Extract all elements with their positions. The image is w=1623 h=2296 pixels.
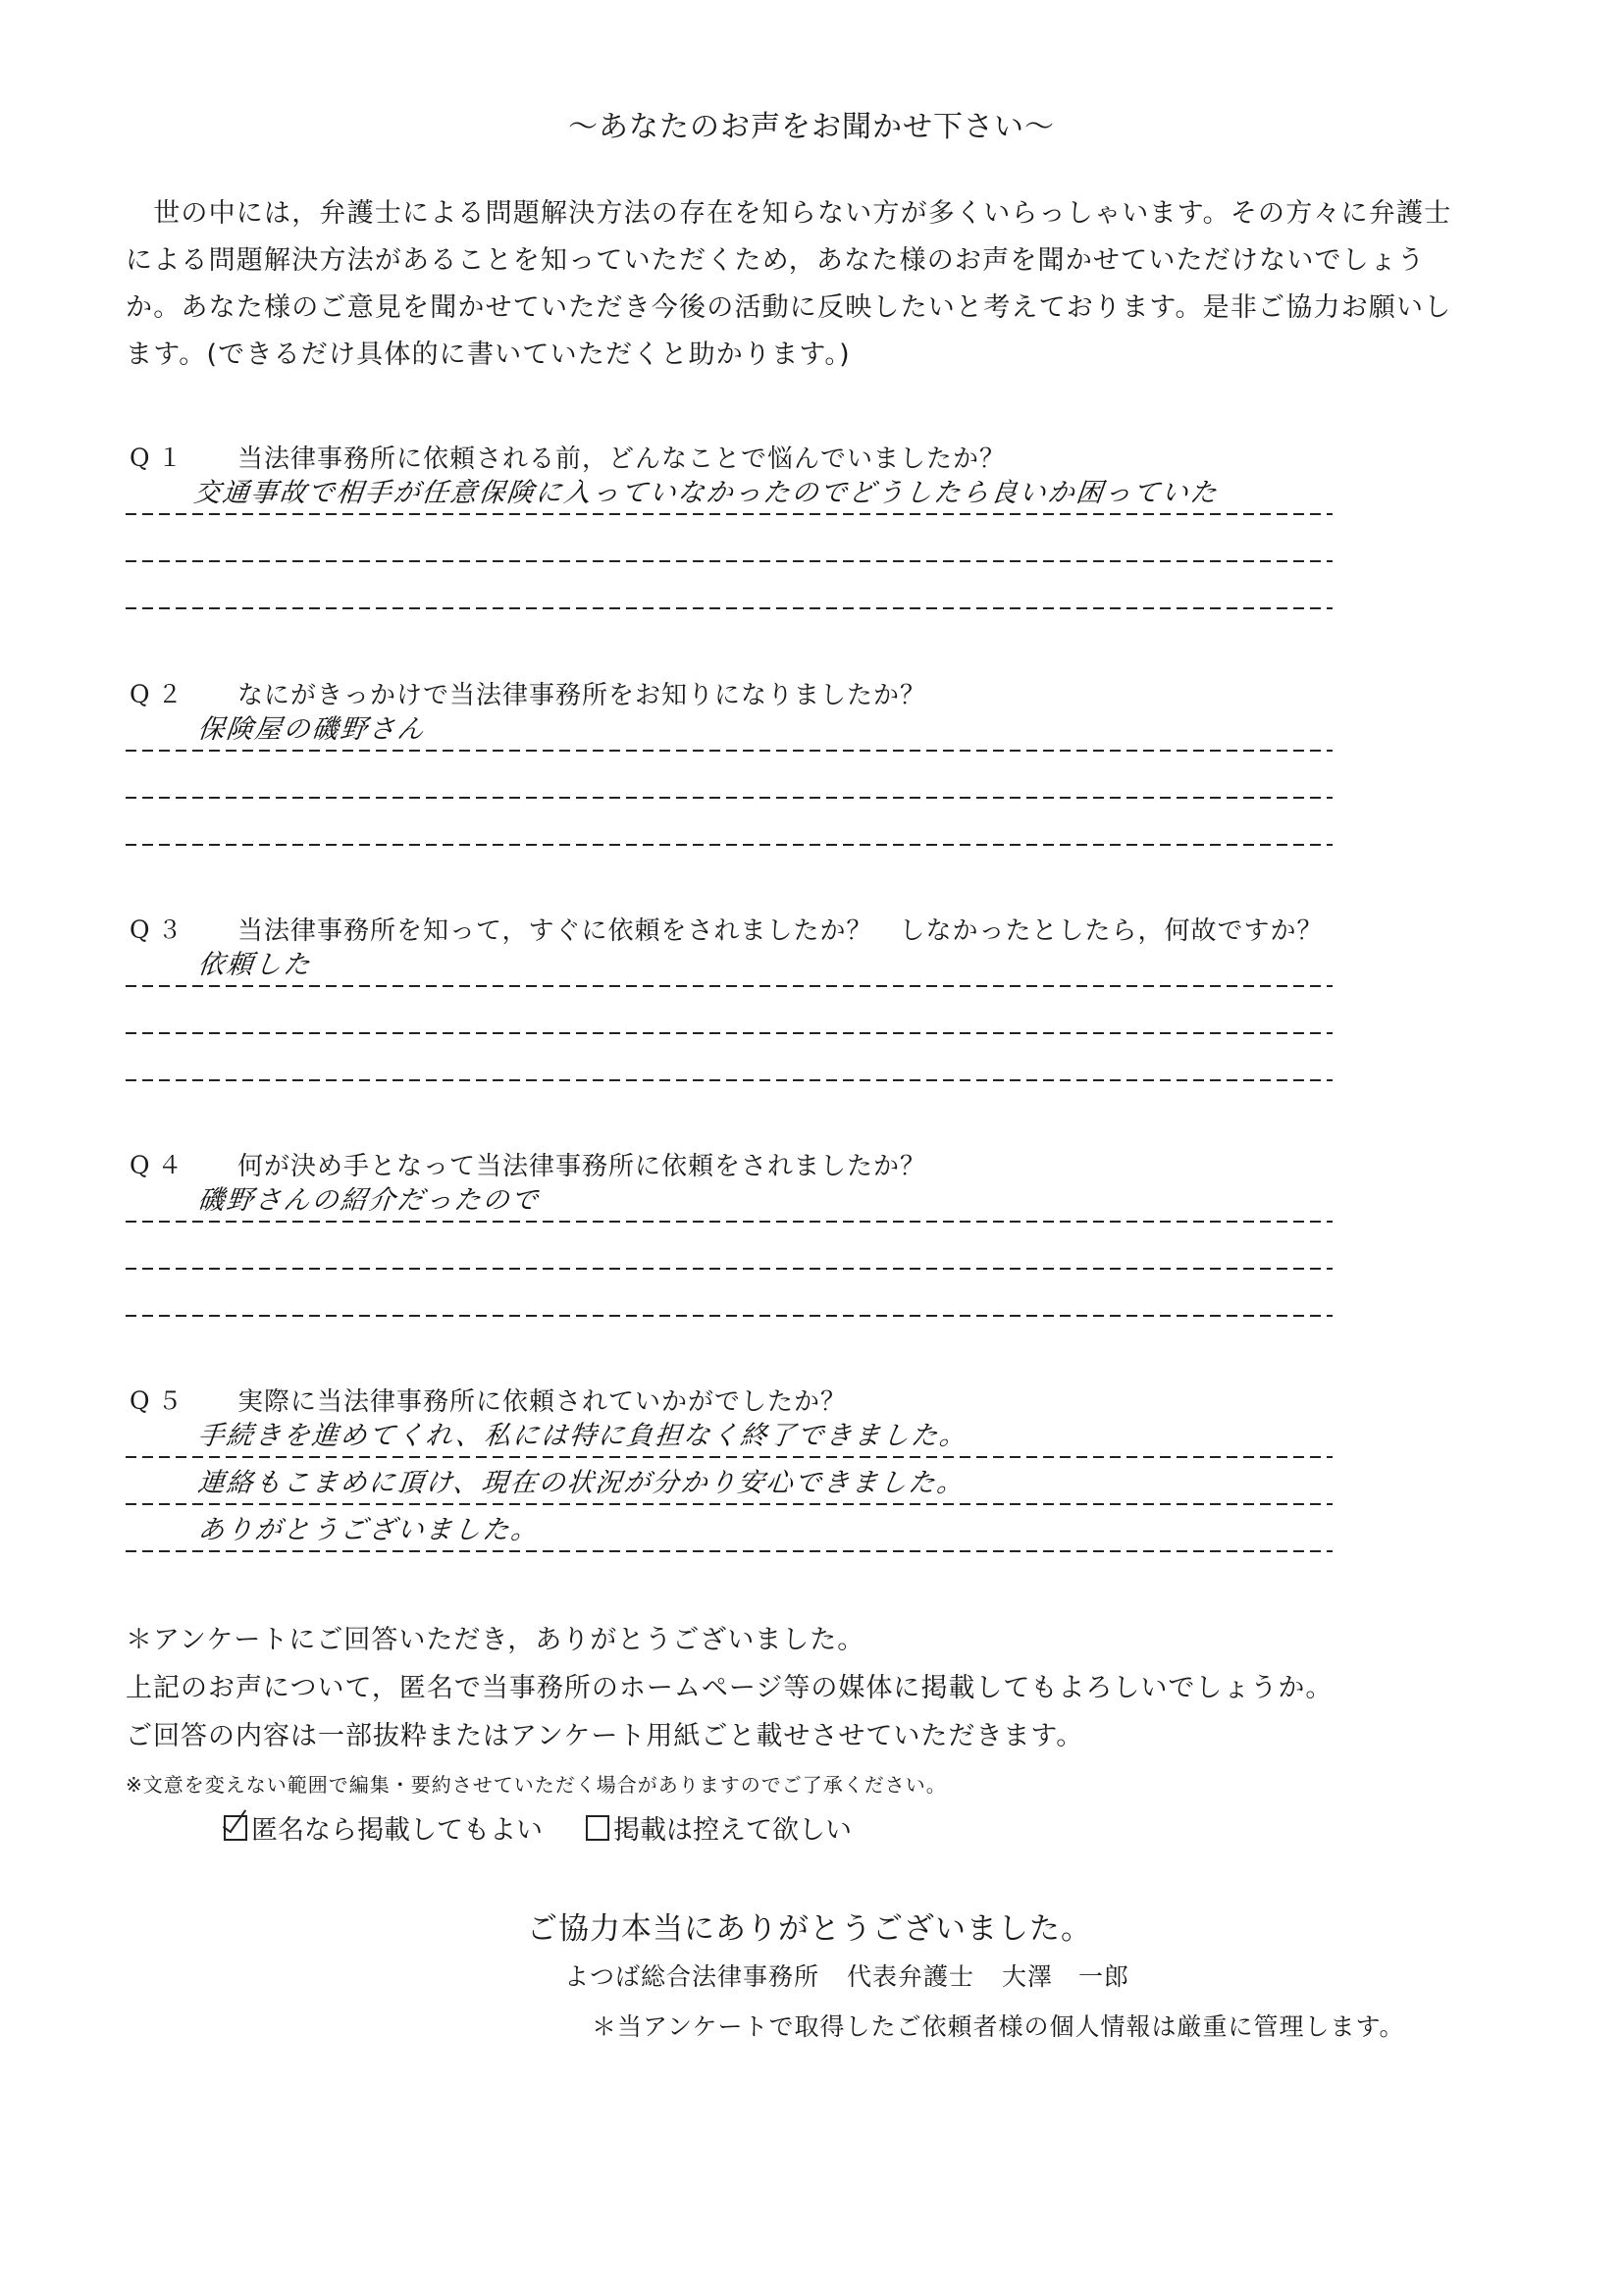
intro-line: による問題解決方法があることを知っていただくため，あなた様のお声を聞かせていただ…	[126, 237, 1519, 285]
publish-question: 上記のお声について，匿名で当事務所のホームページ等の媒体に掲載してもよろしいでし…	[126, 1667, 1519, 1715]
consent-options: 匿名なら掲載してもよい 掲載は控えて欲しい	[224, 1808, 852, 1847]
answer-line[interactable]	[126, 1034, 1333, 1081]
intro-line: 世の中には，弁護士による問題解決方法の存在を知らない方が多くいらっしゃいます。そ…	[126, 190, 1519, 237]
signature: よつば総合法律事務所代表弁護士大澤 一郎	[564, 1957, 1157, 1993]
answer-line[interactable]	[126, 1270, 1333, 1317]
firm-name: よつば総合法律事務所	[564, 1962, 819, 1991]
checkbox-empty-icon[interactable]	[586, 1815, 609, 1841]
thanks-section: ＊アンケートにご回答いただき，ありがとうございました。 上記のお声について，匿名…	[126, 1619, 1519, 1806]
question-text: 何が決め手となって当法律事務所に依頼をされましたか？	[237, 1146, 926, 1182]
handwritten-answer: 依頼した	[196, 943, 314, 981]
answer-line[interactable]	[126, 515, 1333, 562]
answer-line[interactable]	[126, 562, 1333, 609]
edit-disclaimer: ※文意を変えない範囲で編集・要約させていただく場合がありますのでご了承ください。	[126, 1763, 1519, 1806]
publish-note: ご回答の内容は一部抜粋またはアンケート用紙ごと載せさせていただきます。	[126, 1715, 1519, 1763]
handwritten-answer: 手続きを進めてくれ、私には特に負担なく終了できました。	[196, 1414, 970, 1452]
intro-paragraph: 世の中には，弁護士による問題解決方法の存在を知らない方が多くいらっしゃいます。そ…	[126, 190, 1519, 379]
handwritten-answer: 交通事故で相手が任意保険に入っていなかったのでどうしたら良いか困っていた	[192, 471, 1221, 509]
intro-line: ます。(できるだけ具体的に書いていただくと助かります。)	[126, 332, 1519, 379]
answer-line[interactable]: 交通事故で相手が任意保険に入っていなかったのでどうしたら良いか困っていた	[126, 478, 1333, 515]
question-number: Q１	[130, 439, 190, 474]
answer-line[interactable]	[126, 752, 1333, 799]
page-title: 〜あなたのお声をお聞かせ下さい〜	[0, 102, 1623, 145]
dashed-rule	[126, 1079, 1333, 1081]
question-2: Q２ なにがきっかけで当法律事務所をお知りになりましたか？ 保険屋の磯野さん	[126, 675, 1333, 846]
answer-line[interactable]	[126, 799, 1333, 846]
answer-line[interactable]	[126, 987, 1333, 1034]
dashed-rule	[126, 607, 1333, 609]
question-3: Q３ 当法律事務所を知って，すぐに依頼をされましたか？ しなかったとしたら，何故…	[126, 911, 1333, 1081]
thanks-line: ＊アンケートにご回答いただき，ありがとうございました。	[126, 1619, 1519, 1667]
consent-option-label: 掲載は控えて欲しい	[613, 1808, 852, 1847]
intro-line: か。あなた様のご意見を聞かせていただき今後の活動に反映したいと考えております。是…	[126, 285, 1519, 332]
question-number: Q２	[130, 675, 190, 710]
answer-line[interactable]: 手続きを進めてくれ、私には特に負担なく終了できました。	[126, 1421, 1333, 1458]
question-4: Q４ 何が決め手となって当法律事務所に依頼をされましたか？ 磯野さんの紹介だった…	[126, 1146, 1333, 1317]
checkbox-checked-icon[interactable]	[224, 1815, 247, 1841]
survey-page: 〜あなたのお声をお聞かせ下さい〜 世の中には，弁護士による問題解決方法の存在を知…	[0, 0, 1623, 2296]
privacy-notice: ＊当アンケートで取得したご依頼者様の個人情報は厳重に管理します。	[592, 2008, 1405, 2043]
question-text: なにがきっかけで当法律事務所をお知りになりましたか？	[237, 675, 926, 711]
question-text: 当法律事務所を知って，すぐに依頼をされましたか？ しなかったとしたら，何故ですか…	[237, 911, 1323, 947]
question-text: 当法律事務所に依頼される前，どんなことで悩んでいましたか？	[237, 439, 1006, 475]
handwritten-answer: 連絡もこまめに頂け、現在の状況が分かり安心できました。	[196, 1461, 968, 1499]
consent-option-label: 匿名なら掲載してもよい	[251, 1808, 543, 1847]
question-number: Q３	[130, 911, 190, 946]
question-number: Q５	[130, 1382, 190, 1417]
question-1: Q１ 当法律事務所に依頼される前，どんなことで悩んでいましたか？ 交通事故で相手…	[126, 439, 1333, 609]
signer-name: 大澤 一郎	[1002, 1962, 1129, 1991]
answer-line[interactable]: 磯野さんの紹介だったので	[126, 1185, 1333, 1223]
consent-option-anonymous[interactable]: 匿名なら掲載してもよい	[224, 1808, 543, 1847]
question-text: 実際に当法律事務所に依頼されていかがでしたか？	[237, 1382, 847, 1418]
handwritten-answer: ありがとうございました。	[196, 1508, 542, 1546]
answer-line[interactable]	[126, 1223, 1333, 1270]
question-5: Q５ 実際に当法律事務所に依頼されていかがでしたか？ 手続きを進めてくれ、私には…	[126, 1382, 1333, 1552]
question-number: Q４	[130, 1146, 190, 1181]
signer-role: 代表弁護士	[847, 1962, 974, 1991]
dashed-rule	[126, 1315, 1333, 1317]
answer-line[interactable]: 保険屋の磯野さん	[126, 714, 1333, 752]
answer-line[interactable]: ありがとうございました。	[126, 1505, 1333, 1552]
consent-option-decline[interactable]: 掲載は控えて欲しい	[586, 1808, 852, 1847]
dashed-rule	[126, 844, 1333, 846]
answer-line[interactable]: 依頼した	[126, 950, 1333, 987]
dashed-rule	[126, 1550, 1333, 1552]
handwritten-answer: 保険屋の磯野さん	[196, 707, 428, 746]
handwritten-answer: 磯野さんの紹介だったので	[196, 1178, 542, 1217]
closing-message: ご協力本当にありがとうございました。	[527, 1904, 1092, 1948]
answer-line[interactable]: 連絡もこまめに頂け、現在の状況が分かり安心できました。	[126, 1458, 1333, 1505]
